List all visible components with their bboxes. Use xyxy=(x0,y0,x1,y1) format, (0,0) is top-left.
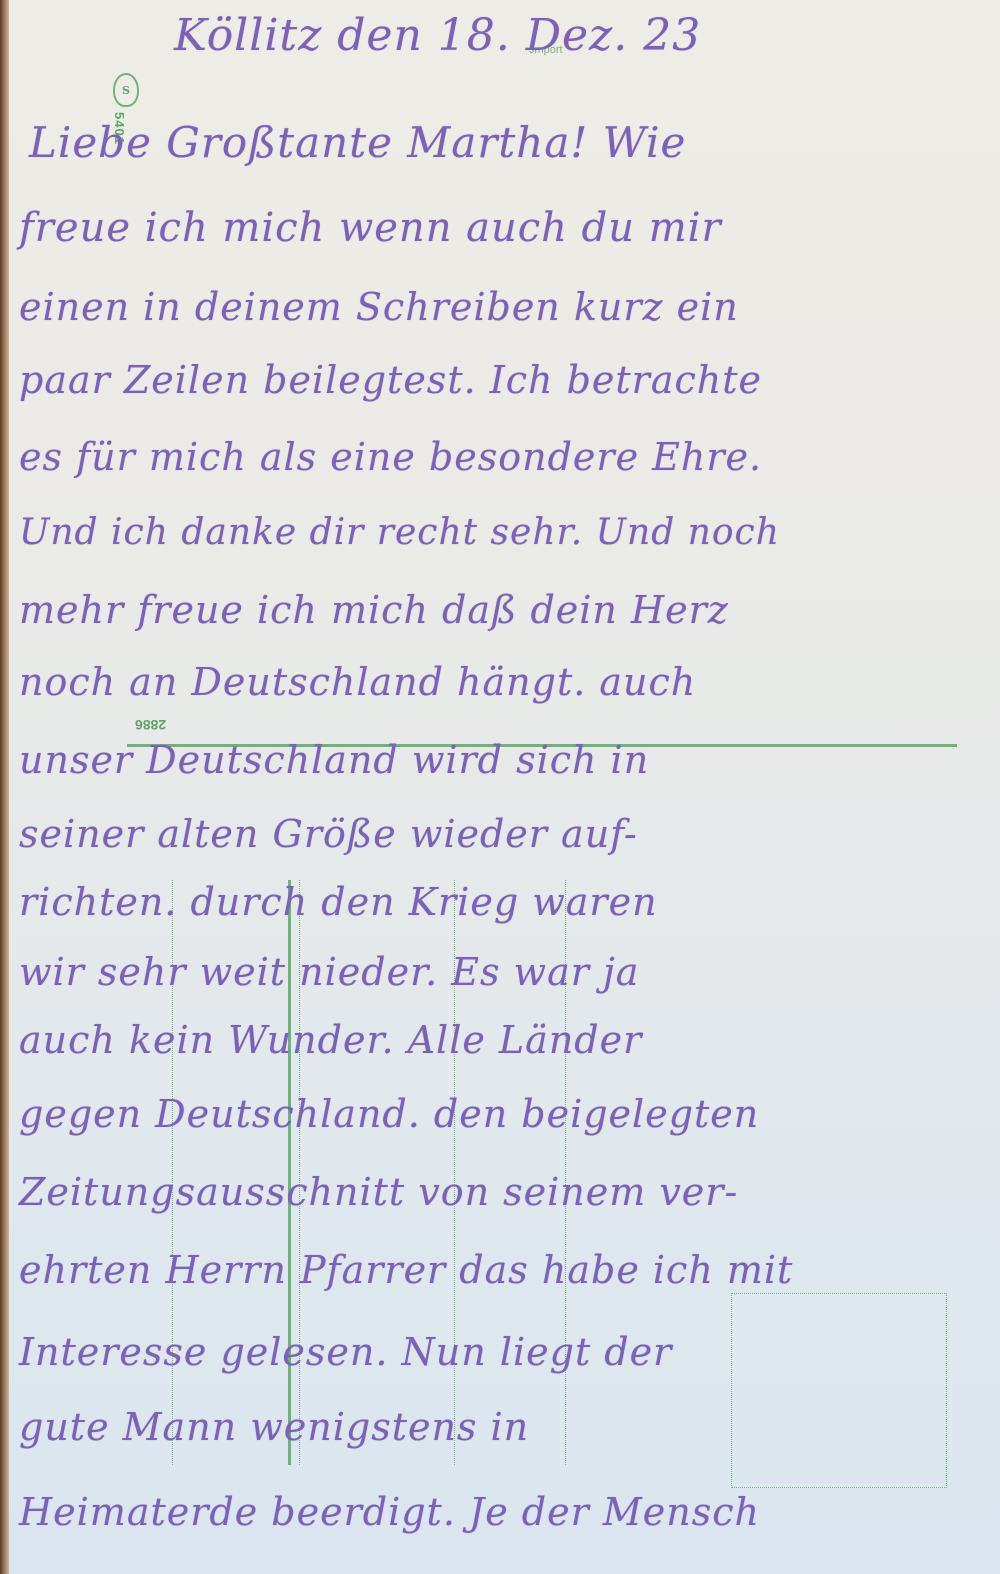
letter-line: freue ich mich wenn auch du mir xyxy=(19,205,722,251)
letter-line: richten. durch den Krieg waren xyxy=(19,880,658,924)
letter-line: Zeitungsausschnitt von seinem ver- xyxy=(19,1170,738,1214)
letter-line: seiner alten Größe wieder auf- xyxy=(19,812,638,856)
letter-line: noch an Deutschland hängt. auch xyxy=(19,660,696,704)
card-number: 2886 xyxy=(135,717,166,733)
letter-line: gegen Deutschland. den beigelegten xyxy=(19,1092,759,1136)
letter-line: einen in deinem Schreiben kurz ein xyxy=(19,285,739,329)
letter-line: es für mich als eine besondere Ehre. xyxy=(19,435,762,479)
dateline: Köllitz den 18. Dez. 23 xyxy=(174,10,701,61)
letter-line: paar Zeilen beilegtest. Ich betrachte xyxy=(19,358,762,402)
letter-line: Heimaterde beerdigt. Je der Mensch xyxy=(19,1490,760,1534)
letter-line: auch kein Wunder. Alle Länder xyxy=(19,1018,642,1062)
stamp-box xyxy=(731,1293,947,1488)
letter-line: Liebe Großtante Martha! Wie xyxy=(29,118,686,167)
letter-line: wir sehr weit nieder. Es war ja xyxy=(19,950,639,994)
wooden-table-edge xyxy=(0,0,9,1574)
letter-line: gute Mann wenigstens in xyxy=(19,1405,529,1449)
letter-line: Und ich danke dir recht sehr. Und noch xyxy=(19,512,780,553)
letter-line: Interesse gelesen. Nun liegt der xyxy=(19,1330,672,1374)
letter-line: unser Deutschland wird sich in xyxy=(19,738,649,782)
letter-line: ehrten Herrn Pfarrer das habe ich mit xyxy=(19,1248,793,1292)
postcard: S 5401 Jmport 2886 Köllitz den 18. Dez. … xyxy=(9,0,1000,1574)
publisher-logo-icon: S xyxy=(113,73,139,107)
letter-line: mehr freue ich mich daß dein Herz xyxy=(19,588,729,632)
